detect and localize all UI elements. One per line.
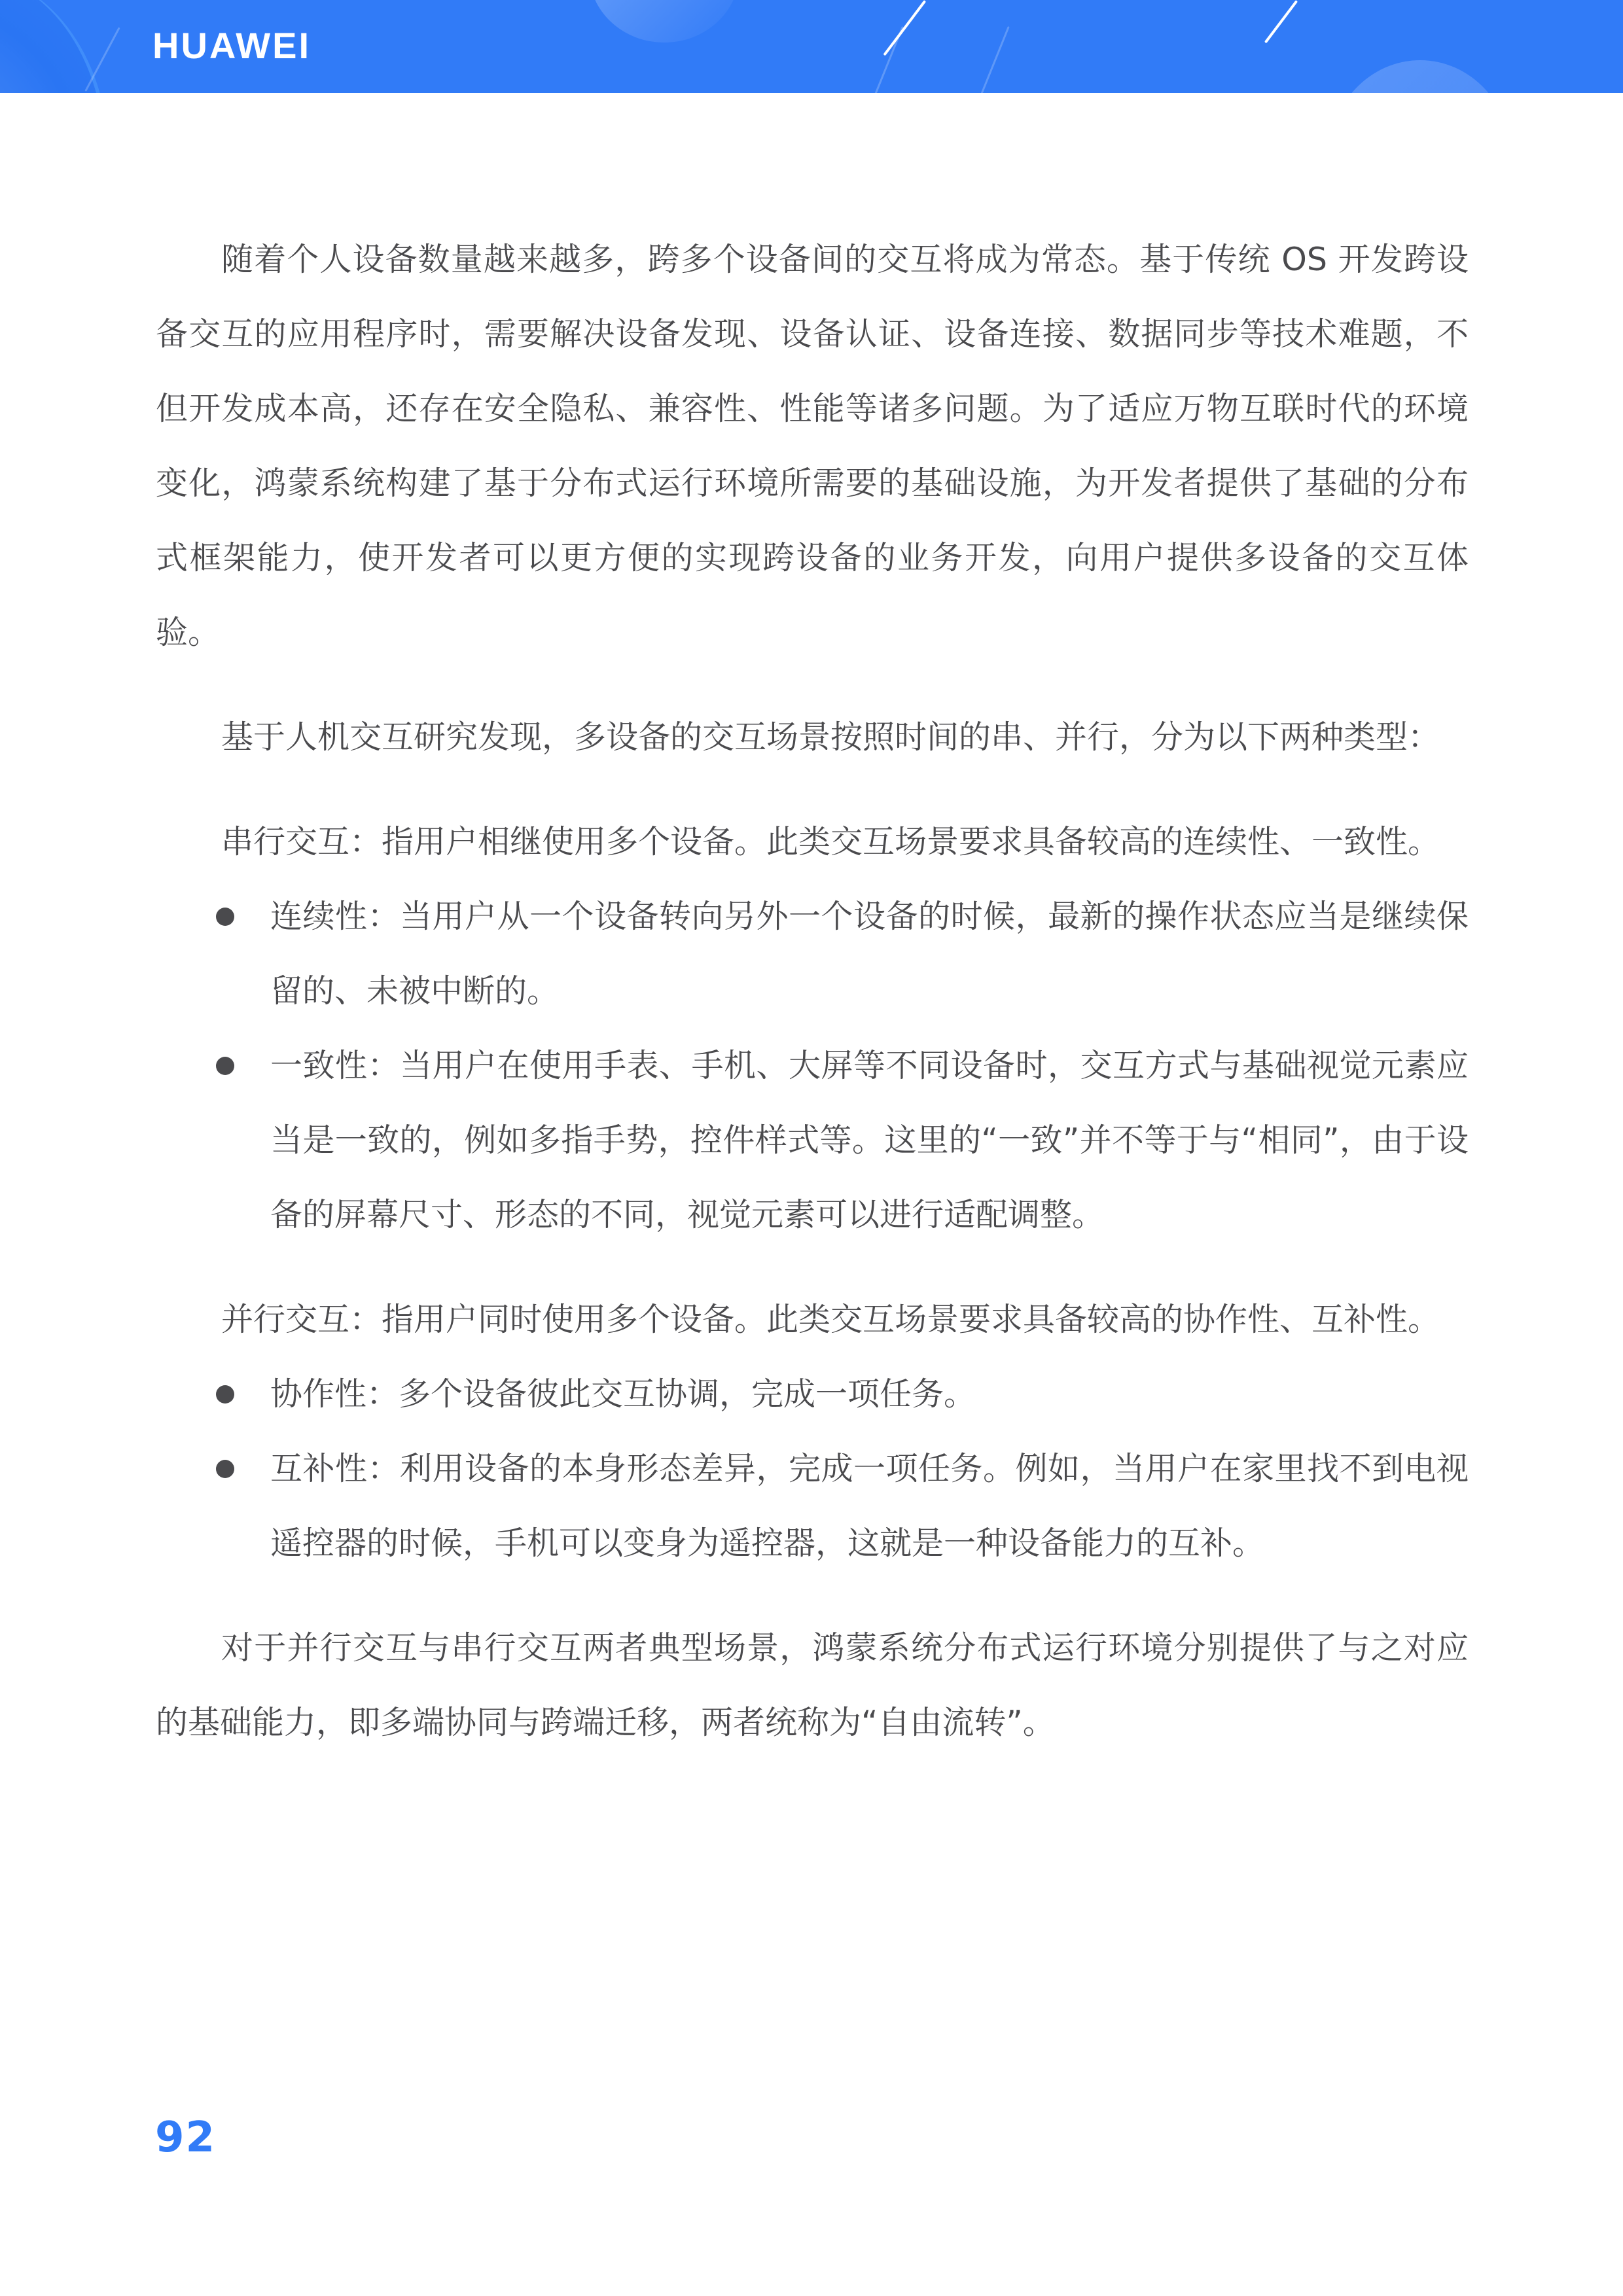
- header-decoration-bubble: [1329, 60, 1512, 93]
- header-decoration-line: [980, 26, 1010, 93]
- bullet-dot-icon: [216, 1460, 234, 1478]
- parallel-interaction-heading: 并行交互：指用户同时使用多个设备。此类交互场景要求具备较高的协作性、互补性。: [156, 1282, 1469, 1357]
- list-item: 互补性：利用设备的本身形态差异，完成一项任务。例如，当用户在家里找不到电视遥控器…: [156, 1432, 1469, 1581]
- header-decoration-bubble: [589, 0, 740, 43]
- list-item-text: 协作性：多个设备彼此交互协调，完成一项任务。: [270, 1375, 976, 1413]
- serial-interaction-heading: 串行交互：指用户相继使用多个设备。此类交互场景要求具备较高的连续性、一致性。: [156, 805, 1469, 879]
- bullet-dot-icon: [216, 1057, 234, 1075]
- header-decoration-line: [84, 27, 120, 92]
- list-item-text: 互补性：利用设备的本身形态差异，完成一项任务。例如，当用户在家里找不到电视遥控器…: [270, 1450, 1469, 1562]
- parallel-interaction-list: 协作性：多个设备彼此交互协调，完成一项任务。 互补性：利用设备的本身形态差异，完…: [156, 1357, 1469, 1581]
- page-number: 92: [155, 2117, 216, 2159]
- header-decoration-line: [883, 0, 926, 56]
- list-item-text: 连续性：当用户从一个设备转向另外一个设备的时候，最新的操作状态应当是继续保留的、…: [270, 898, 1469, 1010]
- huawei-logo: HUAWEI: [152, 27, 311, 64]
- serial-interaction-list: 连续性：当用户从一个设备转向另外一个设备的时候，最新的操作状态应当是继续保留的、…: [156, 879, 1469, 1252]
- list-item: 一致性：当用户在使用手表、手机、大屏等不同设备时，交互方式与基础视觉元素应当是一…: [156, 1029, 1469, 1252]
- bullet-dot-icon: [216, 908, 234, 926]
- list-item-text: 一致性：当用户在使用手表、手机、大屏等不同设备时，交互方式与基础视觉元素应当是一…: [270, 1047, 1469, 1233]
- document-body: 随着个人设备数量越来越多，跨多个设备间的交互将成为常态。基于传统 OS 开发跨设…: [156, 222, 1469, 1760]
- list-item: 连续性：当用户从一个设备转向另外一个设备的时候，最新的操作状态应当是继续保留的、…: [156, 879, 1469, 1029]
- intro-paragraph: 随着个人设备数量越来越多，跨多个设备间的交互将成为常态。基于传统 OS 开发跨设…: [156, 222, 1469, 670]
- page-header-banner: HUAWEI: [0, 0, 1623, 93]
- header-decoration-line: [874, 26, 904, 93]
- conclusion-paragraph: 对于并行交互与串行交互两者典型场景，鸿蒙系统分布式运行环境分别提供了与之对应的基…: [156, 1611, 1469, 1760]
- list-item: 协作性：多个设备彼此交互协调，完成一项任务。: [156, 1357, 1469, 1432]
- classification-paragraph: 基于人机交互研究发现，多设备的交互场景按照时间的串、并行，分为以下两种类型：: [156, 700, 1469, 775]
- bullet-dot-icon: [216, 1385, 234, 1404]
- header-decoration-line: [1264, 0, 1298, 43]
